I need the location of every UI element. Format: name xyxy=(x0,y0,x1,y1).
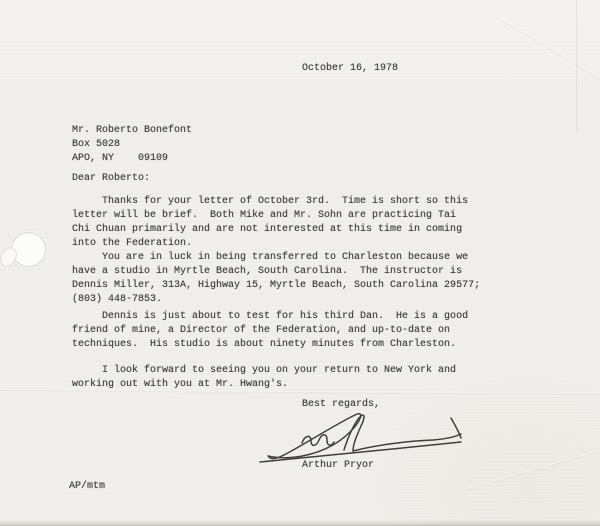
page-bottom-edge-shadow xyxy=(0,520,600,526)
wrinkle-right-edge xyxy=(576,0,577,132)
signature xyxy=(258,406,468,466)
scanned-letter-page: October 16, 1978 Mr. Roberto Bonefont Bo… xyxy=(0,0,600,526)
recipient-name: Mr. Roberto Bonefont xyxy=(72,124,192,138)
paragraph-1: Thanks for your letter of October 3rd. T… xyxy=(72,195,468,251)
signer-name: Arthur Pryor xyxy=(302,459,374,473)
letter-date: October 16, 1978 xyxy=(302,62,398,76)
recipient-city-zip: APO, NY 09109 xyxy=(72,152,168,166)
salutation: Dear Roberto: xyxy=(72,172,150,186)
hole-punch xyxy=(11,232,46,267)
paragraph-2: You are in luck in being transferred to … xyxy=(72,251,480,307)
recipient-box: Box 5028 xyxy=(72,138,120,152)
typist-initials: AP/mtm xyxy=(69,480,105,494)
paragraph-4: I look forward to seeing you on your ret… xyxy=(72,364,456,392)
wrinkle-bottom-right xyxy=(465,447,600,489)
paragraph-3: Dennis is just about to test for his thi… xyxy=(72,310,468,352)
wrinkle-top-right xyxy=(498,16,600,89)
